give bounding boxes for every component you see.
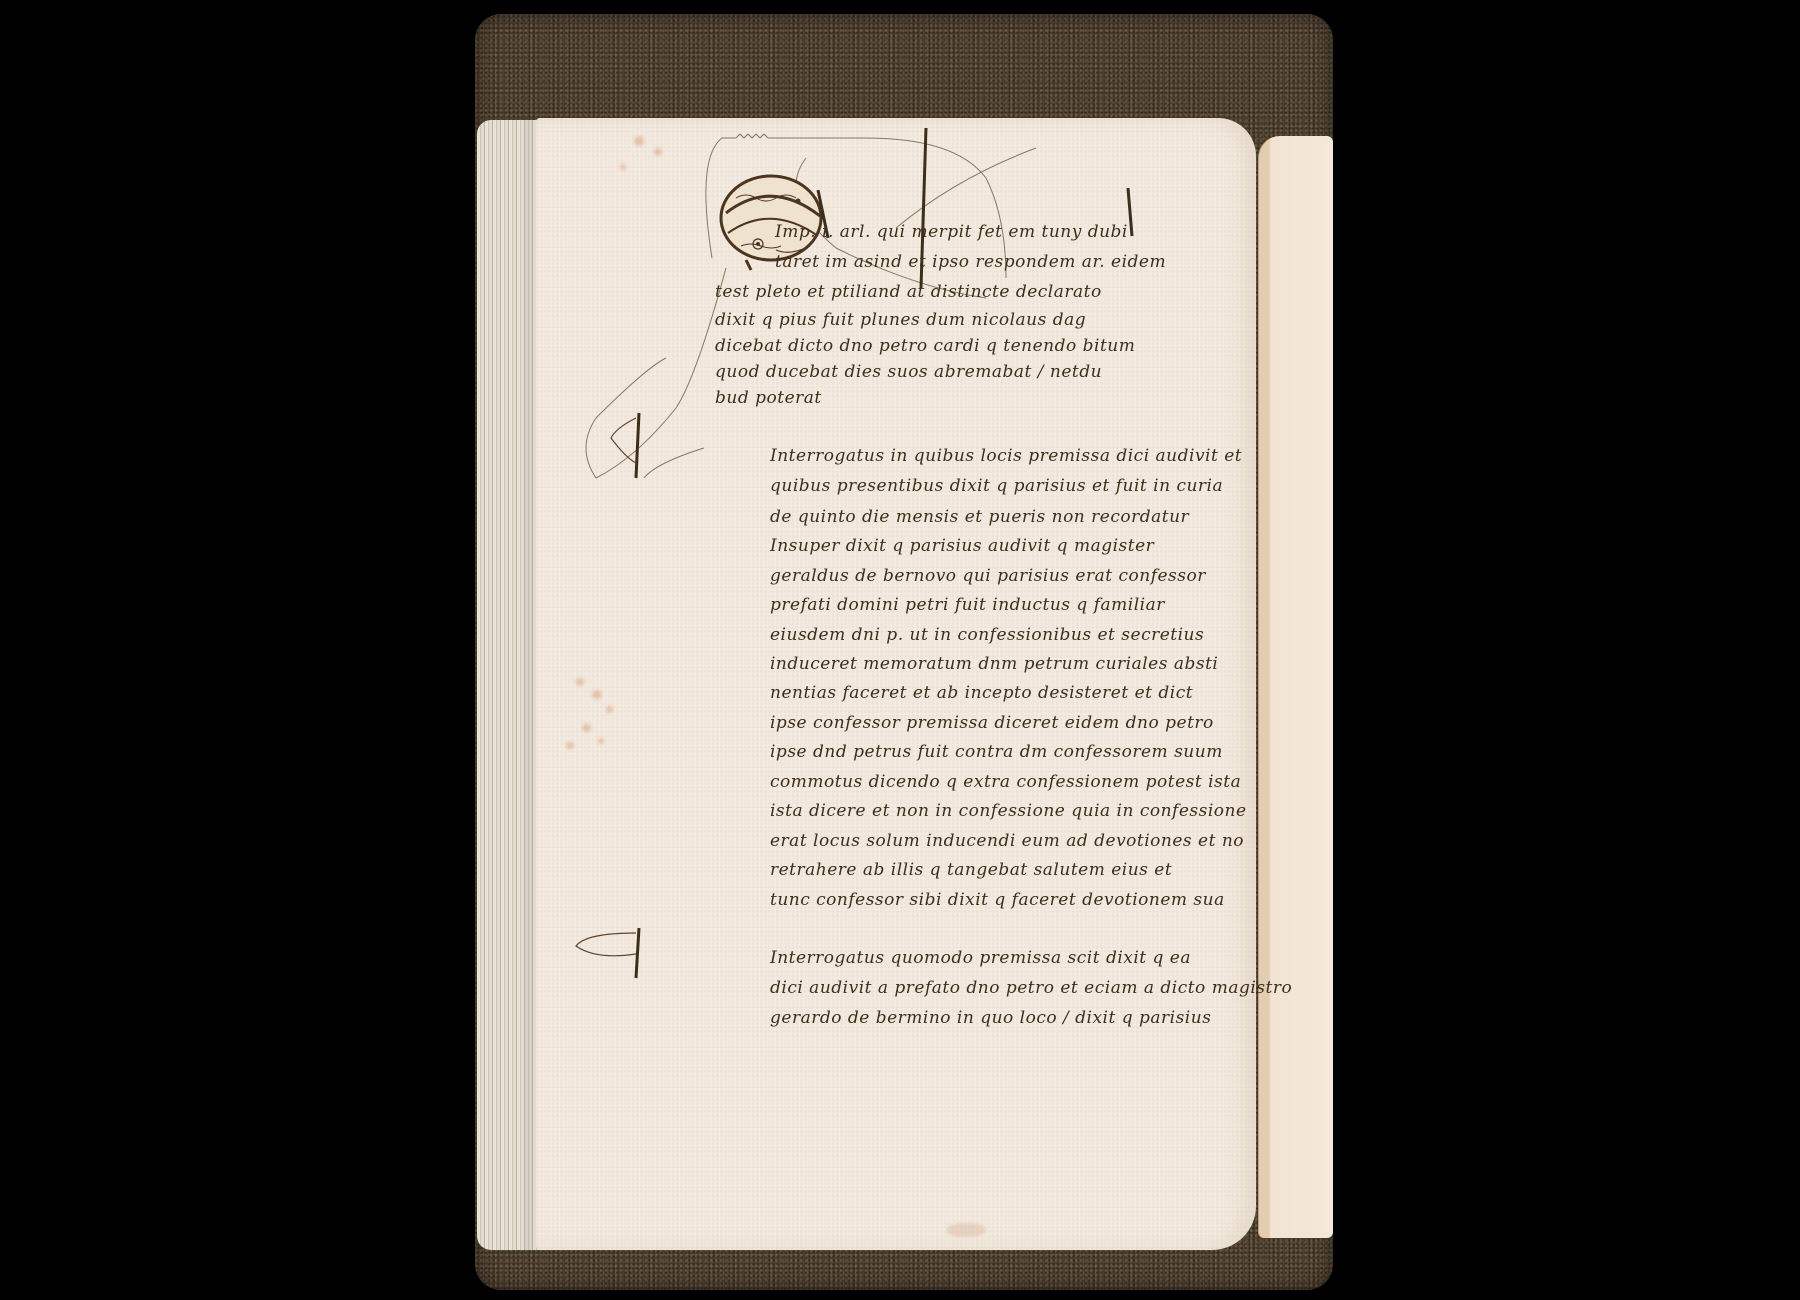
text-line: Interrogatus in quibus locis premissa di… [770, 446, 1242, 466]
text-line: eiusdem dni p. ut in confessionibus et s… [770, 625, 1204, 645]
text-line: dicebat dicto dno petro cardi q tenendo … [715, 336, 1135, 356]
page-stack-edge [477, 120, 539, 1250]
text-line: ipse dnd petrus fuit contra dm confessor… [770, 742, 1223, 762]
text-line: quod ducebat dies suos abremabat / netdu [715, 362, 1102, 382]
text-line: Insuper dixit q parisius audivit q magis… [770, 536, 1154, 556]
text-line: Interrogatus quomodo premissa scit dixit… [770, 948, 1191, 968]
text-line: ista dicere et non in confessione quia i… [770, 801, 1247, 821]
text-line: induceret memoratum dnm petrum curiales … [770, 654, 1218, 674]
text-line: nentias faceret et ab incepto desisteret… [770, 683, 1193, 703]
text-line: quibus presentibus dixit q parisius et f… [770, 476, 1223, 496]
text-line: test pleto et ptiliand at distincte decl… [715, 282, 1102, 302]
facing-page-edge [1258, 136, 1333, 1238]
text-line: de quinto die mensis et pueris non recor… [770, 507, 1189, 527]
text-line: erat locus solum inducendi eum ad devoti… [770, 831, 1244, 851]
text-line: dici audivit a prefato dno petro et ecia… [770, 978, 1292, 998]
text-line: tunc confessor sibi dixit q faceret devo… [770, 890, 1225, 910]
text-line: gerardo de bermino in quo loco / dixit q… [770, 1008, 1211, 1028]
text-line: geraldus de bernovo qui parisius erat co… [770, 566, 1206, 586]
text-line: Imp. i. arl. qui merpit fet em tuny dubi [775, 222, 1128, 242]
text-line: taret im asind et ipso respondem ar. eid… [775, 252, 1166, 272]
text-line: bud poterat [715, 388, 822, 408]
text-line: ipse confessor premissa diceret eidem dn… [770, 713, 1214, 733]
text-line: prefati domini petri fuit inductus q fam… [770, 595, 1165, 615]
text-line: dixit q pius fuit plunes dum nicolaus da… [715, 310, 1086, 330]
text-line: commotus dicendo q extra confessionem po… [770, 772, 1241, 792]
text-line: retrahere ab illis q tangebat salutem ei… [770, 860, 1172, 880]
